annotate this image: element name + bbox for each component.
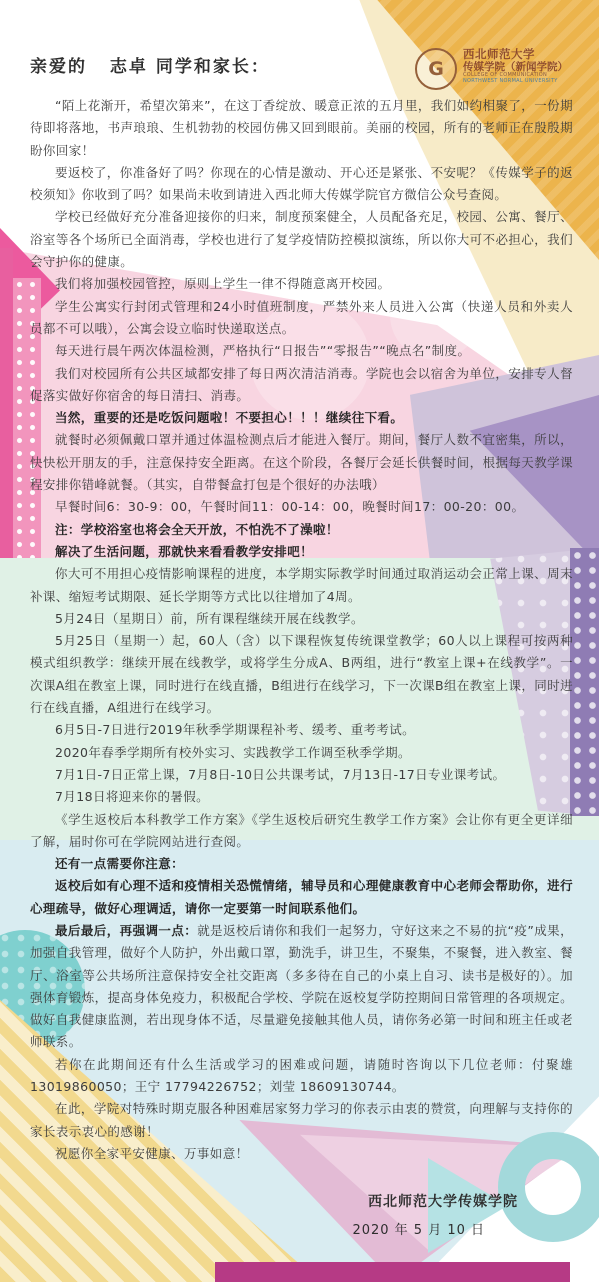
paragraph: 在此，学院对特殊时期克服各种困难居家努力学习的你表示由衷的赞赏，向理解与支持你的… xyxy=(30,1098,573,1143)
paragraph: 5月24日（星期日）前，所有课程继续开展在线教学。 xyxy=(30,608,573,630)
paragraph: 我们对校园所有公共区域都安排了每日两次清洁消毒。学院也会以宿舍为单位，安排专人督… xyxy=(30,363,573,408)
paragraph: 学生公寓实行封闭式管理和24小时值班制度，严禁外来人员进入公寓（快递人员和外卖人… xyxy=(30,296,573,341)
paragraph: 学校已经做好充分准备迎接你的归来，制度预案健全，人员配备充足，校园、公寓、餐厅、… xyxy=(30,206,573,273)
salutation: 亲爱的 志卓 同学和家长： xyxy=(30,52,573,77)
paragraph: 每天进行晨午两次体温检测，严格执行“日报告”“零报告”“晚点名”制度。 xyxy=(30,340,573,362)
salutation-name: 志卓 xyxy=(110,57,148,77)
signature-organization: 西北师范大学传媒学院 xyxy=(30,1191,573,1211)
signature-date: 2020 年 5 月 10 日 xyxy=(30,1219,573,1238)
paragraph: 要返校了，你准备好了吗？你现在的心情是激动、开心还是紧张、不安呢？《传媒学子的返… xyxy=(30,162,573,207)
paragraph: 2020年春季学期所有校外实习、实践教学工作调至秋季学期。 xyxy=(30,742,573,764)
paragraph: 早餐时间6：30-9：00，午餐时间11：00-14：00，晚餐时间17：00-… xyxy=(30,496,573,518)
paragraph: 就餐时必须佩戴口罩并通过体温检测点后才能进入餐厅。期间，餐厅人数不宜密集，所以，… xyxy=(30,429,573,496)
paragraph: 若你在此期间还有什么生活或学习的困难或问题，请随时咨询以下几位老师：付聚雄 13… xyxy=(30,1054,573,1099)
paragraph: 祝愿你全家平安健康、万事如意！ xyxy=(30,1143,573,1165)
paragraph-emphasis: 解决了生活问题，那就快来看看教学安排吧！ xyxy=(30,541,573,563)
letter-poster: G 西北师范大学 传媒学院（新闻学院） COLLEGE OF COMMUNICA… xyxy=(0,0,599,1282)
paragraph-emphasis: 返校后如有心理不适和疫情相关恐慌情绪，辅导员和心理健康教育中心老师会帮助你，进行… xyxy=(30,875,573,920)
paragraph-emphasis: 当然，重要的还是吃饭问题啦！不要担心！！！继续往下看。 xyxy=(30,407,573,429)
redacted-name-blur xyxy=(95,57,110,75)
paragraph: 5月25日（星期一）起，60人（含）以下课程恢复传统课堂教学；60人以上课程可按… xyxy=(30,630,573,719)
paragraph: “陌上花渐开，希望次第来”，在这丁香绽放、暖意正浓的五月里，我们如约相聚了，一份… xyxy=(30,95,573,162)
letter-body: 亲爱的 志卓 同学和家长： “陌上花渐开，希望次第来”，在这丁香绽放、暖意正浓的… xyxy=(0,0,599,1282)
paragraph: 6月5日-7日进行2019年秋季学期课程补考、缓考、重考考试。 xyxy=(30,719,573,741)
paragraph-emphasis: 注：学校浴室也将会全天开放，不怕洗不了澡啦！ xyxy=(30,519,573,541)
salutation-suffix: 同学和家长： xyxy=(156,57,270,77)
paragraph: 7月18日将迎来你的暑假。 xyxy=(30,786,573,808)
paragraph: 我们将加强校园管控，原则上学生一律不得随意离开校园。 xyxy=(30,273,573,295)
paragraph: 7月1日-7日正常上课，7月8日-10日公共课考试，7月13日-17日专业课考试… xyxy=(30,764,573,786)
salutation-prefix: 亲爱的 xyxy=(30,57,87,77)
paragraph-emphasis: 还有一点需要你注意： xyxy=(30,853,573,875)
paragraph: 《学生返校后本科教学工作方案》《学生返校后研究生教学工作方案》会让你有更全更详细… xyxy=(30,809,573,854)
paragraph: 你大可不用担心疫情影响课程的进度，本学期实际教学时间通过取消运动会正常上课、周末… xyxy=(30,563,573,608)
paragraph: 最后最后，再强调一点：就是返校后请你和我们一起努力，守好这来之不易的抗“疫”成果… xyxy=(30,920,573,1054)
